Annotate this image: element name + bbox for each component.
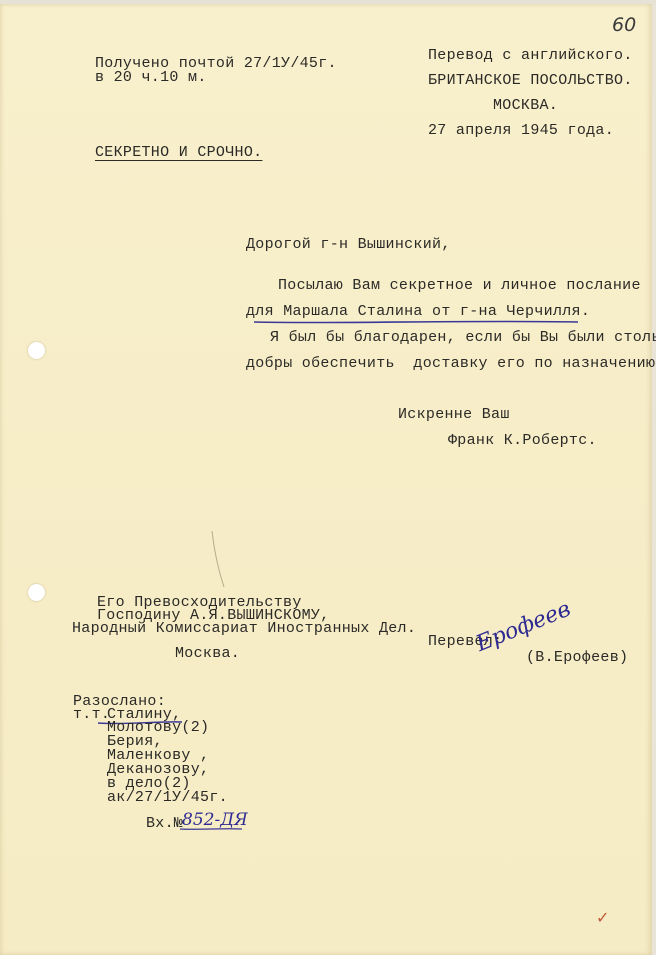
body-line-4: добры обеспечить доставку его по назначе… (246, 356, 656, 371)
translation-note: Перевод с английского. (428, 48, 633, 63)
archive-page-number: 60 (612, 14, 636, 36)
signatory: Франк К.Робертс. (448, 433, 597, 448)
punch-hole-bottom (28, 584, 45, 601)
punch-hole-top (28, 342, 45, 359)
ink-underline-incoming (178, 826, 244, 832)
distribution-reference: ак/27/1У/45г. (107, 790, 228, 805)
received-line-2: в 20 ч.10 м. (95, 70, 207, 85)
letter-date: 27 апреля 1945 года. (428, 123, 614, 138)
body-line-1: Посылаю Вам секретное и личное послание (278, 278, 641, 293)
ink-underline-churchill (252, 318, 582, 326)
body-line-3: Я был бы благодарен, если бы Вы были сто… (270, 330, 656, 345)
sender-embassy: БРИТАНСКОЕ ПОСОЛЬСТВО. (428, 73, 633, 88)
sender-city: МОСКВА. (493, 98, 558, 113)
document-page: 60 Получено почтой 27/1У/45г. в 20 ч.10 … (0, 4, 652, 955)
translator-signature: Ерофеев (473, 597, 575, 657)
body-line-2: для Маршала Сталина от г-на Черчилля. (246, 304, 590, 319)
addressee-line-3: Народный Комиссариат Иностранных Дел. (72, 621, 416, 636)
classification-stamp: СЕКРЕТНО И СРОЧНО. (95, 145, 262, 160)
check-mark: ✓ (596, 908, 609, 927)
translator-name: (В.Ерофеев) (526, 650, 628, 665)
addressee-city: Москва. (175, 646, 240, 661)
paper-crease (208, 529, 228, 589)
closing: Искренне Ваш (398, 407, 510, 422)
salutation: Дорогой г-н Вышинский, (246, 237, 451, 252)
